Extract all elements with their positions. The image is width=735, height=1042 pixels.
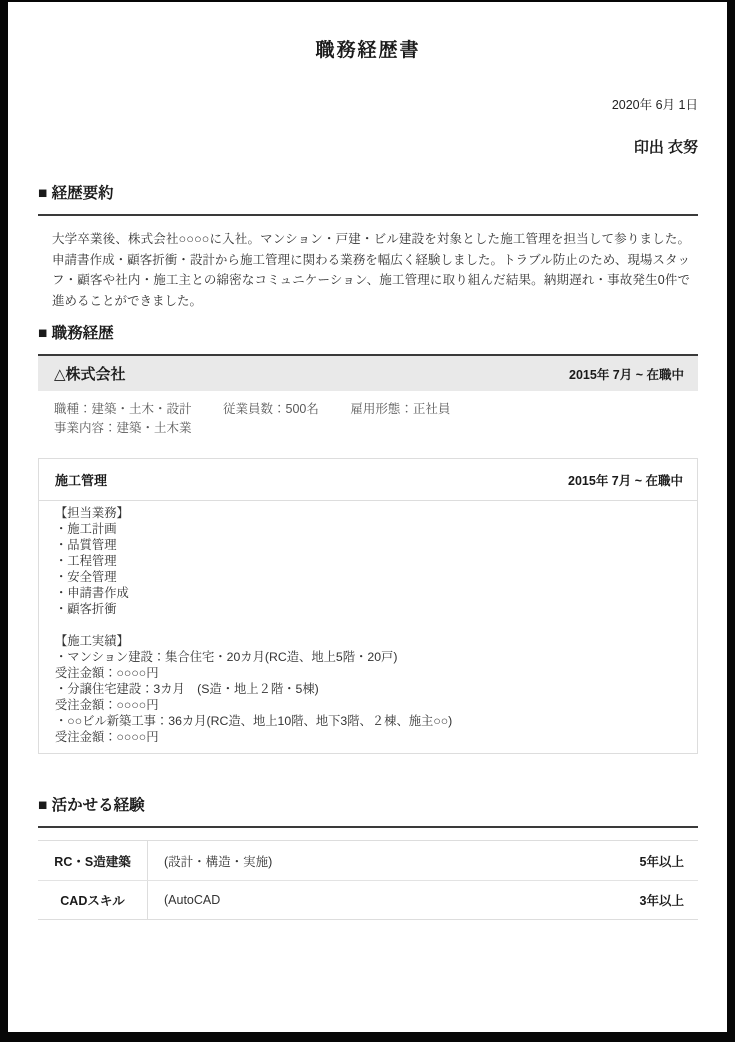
experience-skill: RC・S造建築 bbox=[38, 841, 148, 880]
career-section-heading: ■ 職務経歴 bbox=[38, 324, 698, 356]
company-occupation: 職種：建築・土木・設計 bbox=[54, 402, 192, 416]
summary-paragraph: 大学卒業後、株式会社○○○○に入社。マンション・戸建・ビル建設を対象とした施工管… bbox=[52, 229, 690, 311]
job-card: 施工管理 2015年 7月 ~ 在職中 【担当業務】 ・施工計画 ・品質管理 ・… bbox=[38, 458, 698, 754]
experience-section-heading: ■ 活かせる経験 bbox=[38, 796, 698, 828]
company-employment-type: 雇用形態：正社員 bbox=[350, 402, 450, 416]
company-header-bar: △株式会社 2015年 7月 ~ 在職中 bbox=[38, 356, 698, 391]
company-period: 2015年 7月 ~ 在職中 bbox=[569, 365, 684, 383]
summary-section-heading: ■ 経歴要約 bbox=[38, 184, 698, 216]
job-period: 2015年 7月 ~ 在職中 bbox=[568, 471, 683, 489]
company-business: 事業内容：建築・土木業 bbox=[54, 421, 192, 435]
experience-detail: (AutoCAD bbox=[148, 881, 640, 919]
experience-years: 5年以上 bbox=[640, 841, 698, 880]
job-card-header: 施工管理 2015年 7月 ~ 在職中 bbox=[39, 459, 697, 501]
resume-page: 職務経歴書 2020年 6月 1日 印出 衣努 ■ 経歴要約 大学卒業後、株式会… bbox=[0, 0, 735, 1042]
job-title: 施工管理 bbox=[55, 470, 107, 489]
company-meta-line-1: 職種：建築・土木・設計 従業員数：500名 雇用形態：正社員 bbox=[54, 400, 698, 419]
job-details-text: 【担当業務】 ・施工計画 ・品質管理 ・工程管理 ・安全管理 ・申請書作成 ・顧… bbox=[39, 501, 697, 753]
company-employees: 従業員数：500名 bbox=[223, 402, 319, 416]
page-content: 職務経歴書 2020年 6月 1日 印出 衣努 ■ 経歴要約 大学卒業後、株式会… bbox=[8, 38, 727, 920]
experience-row: CADスキル (AutoCAD 3年以上 bbox=[38, 880, 698, 919]
company-meta-line-2: 事業内容：建築・土木業 bbox=[54, 419, 698, 438]
company-name: △株式会社 bbox=[54, 363, 126, 384]
experience-row: RC・S造建築 (設計・構造・実施) 5年以上 bbox=[38, 841, 698, 880]
experience-skill: CADスキル bbox=[38, 881, 148, 919]
document-title: 職務経歴書 bbox=[38, 38, 698, 64]
experience-years: 3年以上 bbox=[640, 881, 698, 919]
company-meta: 職種：建築・土木・設計 従業員数：500名 雇用形態：正社員 事業内容：建築・土… bbox=[54, 400, 698, 438]
experience-detail: (設計・構造・実施) bbox=[148, 841, 640, 880]
experience-table: RC・S造建築 (設計・構造・実施) 5年以上 CADスキル (AutoCAD … bbox=[38, 840, 698, 920]
applicant-name: 印出 衣努 bbox=[38, 137, 698, 158]
document-date: 2020年 6月 1日 bbox=[38, 97, 698, 114]
